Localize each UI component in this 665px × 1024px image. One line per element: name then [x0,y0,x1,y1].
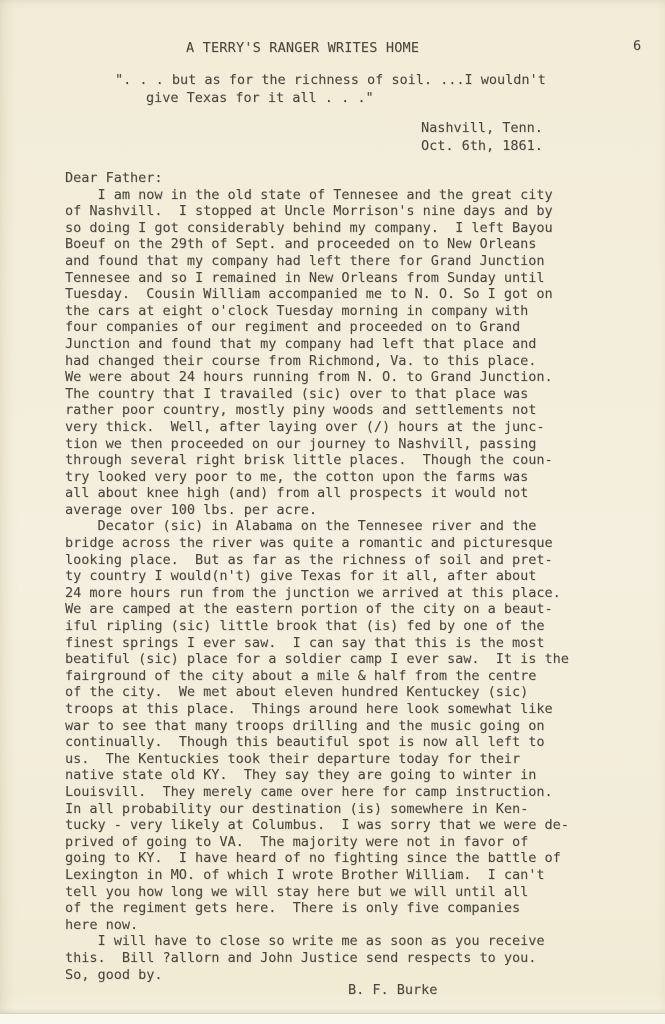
letter-line: beatiful (sic) place for a soldier camp … [65,651,569,668]
letter-line: rather poor country, mostly piny woods a… [65,402,569,419]
letter-line: Decator (sic) in Alabama on the Tennesee… [65,518,569,535]
letter-line: finest springs I ever saw. I can say tha… [65,635,569,652]
letter-line: I am now in the old state of Tennesee an… [65,187,569,204]
letter-body: Dear Father: I am now in the old state o… [65,170,569,983]
letter-line: iful ripling (sic) little brook that (is… [65,618,569,635]
letter-line: tion we then proceeded on our journey to… [65,436,569,453]
dateline-date: Oct. 6th, 1861. [421,137,543,155]
letter-line: had changed their course from Richmond, … [65,353,569,370]
letter-line: of Nashvill. I stopped at Uncle Morrison… [65,203,569,220]
epigraph-line-2: give Texas for it all . . ." [146,89,546,107]
letter-line: 24 more hours run from the junction we a… [65,585,569,602]
letter-line: The country that I travailed (sic) over … [65,386,569,403]
signature: B. F. Burke [348,982,437,998]
letter-line: tucky - very likely at Columbus. I was s… [65,817,569,834]
letter-line: try looked very poor to me, the cotton u… [65,469,569,486]
letter-page: A TERRY'S RANGER WRITES HOME 6 ". . . bu… [0,0,665,1024]
page-bottom-edge [0,1013,665,1024]
letter-line: and found that my company had left there… [65,253,569,270]
letter-line: all about knee high (and) from all prosp… [65,485,569,502]
letter-line: war to see that many troops drilling and… [65,718,569,735]
letter-line: troops at this place. Things around here… [65,701,569,718]
letter-line: Boeuf on the 29th of Sept. and proceeded… [65,236,569,253]
letter-line: Louisvill. They merely came over here fo… [65,784,569,801]
letter-line: In all probability our destination (is) … [65,801,569,818]
letter-line: We were about 24 hours running from N. O… [65,369,569,386]
letter-line: of the city. We met about eleven hundred… [65,684,569,701]
letter-line: the cars at eight o'clock Tuesday mornin… [65,303,569,320]
letter-line: So, good by. [65,967,569,984]
letter-line: prived of going to VA. The majority were… [65,834,569,851]
dateline: Nashvill, Tenn. Oct. 6th, 1861. [421,119,543,155]
letter-line: We are camped at the eastern portion of … [65,601,569,618]
salutation: Dear Father: [65,170,569,187]
dateline-location: Nashvill, Tenn. [421,119,543,137]
letter-line: Lexington in MO. of which I wrote Brothe… [65,867,569,884]
letter-line: here now. [65,917,569,934]
letter-line: four companies of our regiment and proce… [65,319,569,336]
letter-line: so doing I got considerably behind my co… [65,220,569,237]
letter-line: very thick. Well, after laying over (/) … [65,419,569,436]
letter-line: of the regiment gets here. There is only… [65,900,569,917]
page-number: 6 [633,38,641,54]
letter-line: ty country I would(n't) give Texas for i… [65,568,569,585]
epigraph-line-1: ". . . but as for the richness of soil. … [115,71,546,89]
letter-line: this. Bill ?allorn and John Justice send… [65,950,569,967]
letter-line: going to KY. I have heard of no fighting… [65,850,569,867]
letter-line: bridge across the river was quite a roma… [65,535,569,552]
letter-line: through several right brisk little place… [65,452,569,469]
letter-line: Junction and found that my company had l… [65,336,569,353]
letter-line: native state old KY. They say they are g… [65,767,569,784]
letter-line: I will have to close so write me as soon… [65,933,569,950]
letter-line: looking place. But as far as the richnes… [65,552,569,569]
letter-line: fairground of the city about a mile & ha… [65,668,569,685]
page-title: A TERRY'S RANGER WRITES HOME [186,40,419,56]
epigraph: ". . . but as for the richness of soil. … [115,71,546,107]
letter-line: tell you how long we will stay here but … [65,884,569,901]
letter-line: us. The Kentuckies took their departure … [65,751,569,768]
letter-line: Tuesday. Cousin William accompanied me t… [65,286,569,303]
letter-line: continually. Though this beautiful spot … [65,734,569,751]
letter-line: average over 100 lbs. per acre. [65,502,569,519]
letter-line: Tennesee and so I remained in New Orlean… [65,270,569,287]
